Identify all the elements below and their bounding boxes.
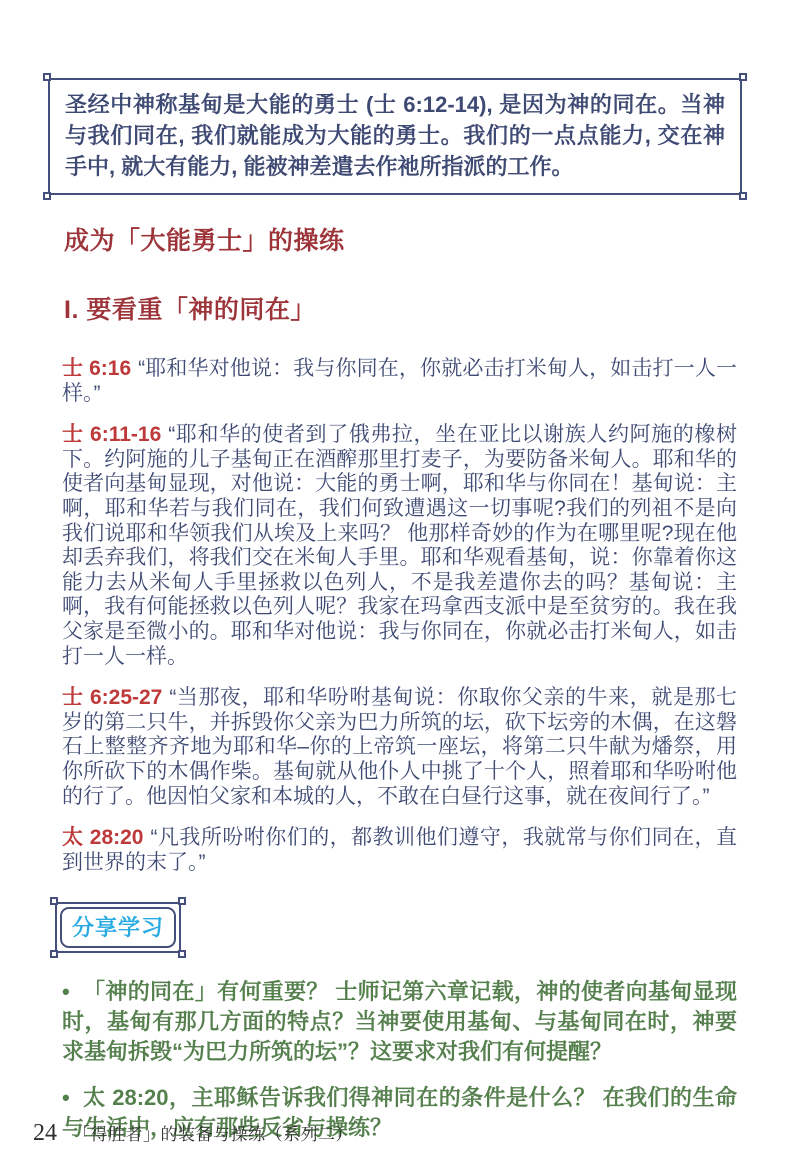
bullet-icon: • xyxy=(62,979,70,1004)
scripture-quote: “凡我所吩咐你们的，都教训他们遵守，我就常与你们同在，直到世界的末了。” xyxy=(62,826,737,874)
intro-text: 圣经中神称基甸是大能的勇士 (士 6:12-14), 是因为神的同在。当神与我们… xyxy=(65,89,725,182)
corner-ornament xyxy=(43,73,51,81)
scripture-reference: 士 6:16 xyxy=(62,357,131,380)
question-text: 「神的同在」有何重要？ 士师记第六章记载，神的使者向基甸显现时，基甸有那几方面的… xyxy=(62,979,737,1064)
scripture-paragraph-matthew-28-20: 太 28:20“凡我所吩咐你们的，都教训他们遵守，我就常与你们同在，直到世界的末… xyxy=(62,826,737,875)
discussion-question-1: •「神的同在」有何重要？ 士师记第六章记载，神的使者向基甸显现时，基甸有那几方面… xyxy=(62,977,737,1067)
scripture-quote: “耶和华的使者到了俄弗拉，坐在亚比以谢族人约阿施的橡树下。约阿施的儿子基甸正在酒… xyxy=(62,423,737,667)
corner-ornament xyxy=(739,192,747,200)
share-study-badge: 分享学习 xyxy=(55,902,181,953)
share-study-label: 分享学习 xyxy=(72,915,164,940)
corner-ornament xyxy=(50,950,58,958)
point-title: I. 要看重「神的同在」 xyxy=(64,290,737,326)
bullet-icon: • xyxy=(62,1085,70,1110)
document-page: 圣经中神称基甸是大能的勇士 (士 6:12-14), 是因为神的同在。当神与我们… xyxy=(0,0,790,1170)
book-title: 「得胜者」的装备与操练（系列二） xyxy=(73,1120,353,1145)
corner-ornament xyxy=(178,950,186,958)
scripture-quote: “耶和华对他说：我与你同在，你就必击打米甸人，如击打一人一样。” xyxy=(62,357,737,405)
scripture-reference: 太 28:20 xyxy=(62,826,143,849)
scripture-paragraph-judges-6-11-16: 士 6:11-16“耶和华的使者到了俄弗拉，坐在亚比以谢族人约阿施的橡树下。约阿… xyxy=(62,423,737,669)
scripture-reference: 士 6:11-16 xyxy=(62,423,161,446)
share-study-inner-frame: 分享学习 xyxy=(60,907,176,948)
scripture-paragraph-judges-6-16: 士 6:16“耶和华对他说：我与你同在，你就必击打米甸人，如击打一人一样。” xyxy=(62,357,737,406)
corner-ornament xyxy=(178,897,186,905)
corner-ornament xyxy=(43,192,51,200)
scripture-paragraph-judges-6-25-27: 士 6:25-27“当那夜，耶和华吩咐基甸说：你取你父亲的牛来，就是那七岁的第二… xyxy=(62,686,737,809)
page-footer: 24 「得胜者」的装备与操练（系列二） xyxy=(33,1120,353,1147)
section-title: 成为「大能勇士」的操练 xyxy=(64,221,737,257)
scripture-quote: “当那夜，耶和华吩咐基甸说：你取你父亲的牛来，就是那七岁的第二只牛，并拆毁你父亲… xyxy=(62,686,737,807)
intro-framed-box: 圣经中神称基甸是大能的勇士 (士 6:12-14), 是因为神的同在。当神与我们… xyxy=(48,78,742,195)
scripture-reference: 士 6:25-27 xyxy=(62,686,162,709)
corner-ornament xyxy=(50,897,58,905)
page-number: 24 xyxy=(33,1120,57,1147)
corner-ornament xyxy=(739,73,747,81)
